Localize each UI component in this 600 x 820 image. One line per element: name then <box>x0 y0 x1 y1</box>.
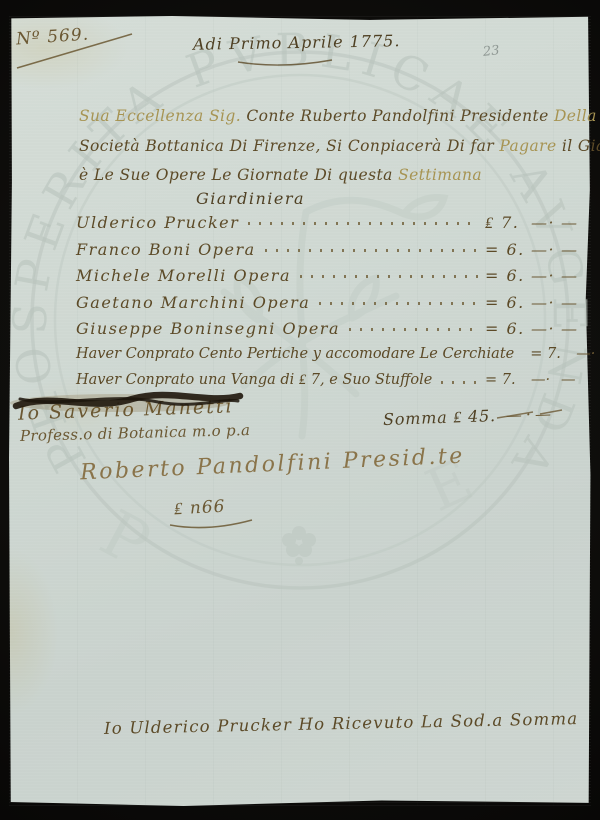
amount-lire: = 6. <box>485 266 531 285</box>
ledger-row-label: Haver Conprato Cento Pertiche y accomoda… <box>76 346 514 362</box>
dotted-leader <box>248 222 478 225</box>
sum-label: Somma ₤ 45. <box>383 406 497 429</box>
ledger-row-label: Gaetano Marchini Opera <box>76 293 310 312</box>
amount-soldi: —· <box>531 240 561 259</box>
body-text: Settimana <box>398 166 482 184</box>
body-line: Società Bottanica Di Firenze, Si Conpiac… <box>79 132 551 162</box>
amount-lire: = 6. <box>485 319 531 338</box>
amount-soldi: —· <box>531 319 561 338</box>
body-text: Sua Eccellenza Sig. <box>79 107 246 125</box>
ledger-row: Giuseppe Boninsegni Opera = 6. —· — <box>76 319 577 336</box>
amount-denari: — <box>561 293 577 312</box>
ledger-row: Haver Conprato una Vanga di ₤ 7, e Suo S… <box>76 372 577 389</box>
amount-soldi: —· <box>531 213 561 232</box>
ledger-row: Gaetano Marchini Opera = 6. —· — <box>76 293 577 310</box>
body-text: Della <box>554 107 597 125</box>
amount-denari: — <box>561 319 577 338</box>
section-heading: Giardiniera <box>196 189 305 208</box>
dotted-leader <box>319 302 478 305</box>
ledger-row: Haver Conprato Cento Pertiche y accomoda… <box>76 346 577 363</box>
amount-lire: = 6. <box>485 293 531 312</box>
amount-lire: = 7. <box>485 372 531 388</box>
ledger-row: Franco Boni Opera = 6. —· — <box>76 240 577 257</box>
body-text: Società Bottanica Di Firenze, Si Conpiac… <box>79 137 499 155</box>
body-text: Pagare <box>499 137 561 155</box>
dotted-leader <box>265 249 478 252</box>
amount-soldi: —· <box>531 372 561 388</box>
dotted-leader <box>300 275 478 278</box>
amount-soldi: —· <box>531 266 561 285</box>
watermark-letter-p: P <box>88 497 161 583</box>
page-number-pencil: 23 <box>482 43 500 60</box>
ledger-row-label: Michele Morelli Opera <box>76 266 291 285</box>
body-text: è Le Sue Opere Le Giornate Di questa <box>79 166 398 184</box>
body-paragraph: Sua Eccellenza Sig. Conte Ruberto Pandol… <box>79 102 551 191</box>
body-line: Sua Eccellenza Sig. Conte Ruberto Pandol… <box>79 102 551 132</box>
amount-lire: = 6. <box>485 240 531 259</box>
docket-number: ₤ n66 <box>174 497 226 520</box>
amount-soldi: —· <box>531 293 561 312</box>
amount-lire: ₤ 7. <box>485 213 531 233</box>
sum-tail-dashes: —·— <box>506 404 556 425</box>
body-text: Conte Ruberto Pandolfini Presidente <box>246 107 554 125</box>
body-line: è Le Sue Opere Le Giornate Di questa Set… <box>79 161 551 191</box>
ledger-row: Michele Morelli Opera = 6. —· — <box>76 266 577 283</box>
body-text: il Giard.o <box>562 137 600 155</box>
amount-denari: — <box>561 372 577 388</box>
ledger-row: Ulderico Prucker ₤ 7. —· — <box>76 213 577 230</box>
dotted-leader <box>441 381 478 384</box>
date-line: Adi Primo Aprile 1775. <box>193 31 401 54</box>
amount-denari: — <box>561 266 577 285</box>
amount-lire: = 7. <box>530 346 576 362</box>
amount-denari: — <box>561 213 577 232</box>
photo-backdrop: PROSPERITA PVBLICAE AVGENDAE P E Nº 569.… <box>0 0 600 820</box>
watermark-rosette-icon <box>282 526 316 565</box>
ledger-row-label: Ulderico Prucker <box>76 213 239 232</box>
ledger-entries: Ulderico Prucker ₤ 7. —· — Franco Boni O… <box>76 213 577 389</box>
ledger-row-label: Haver Conprato una Vanga di ₤ 7, e Suo S… <box>76 372 432 389</box>
ledger-row-label: Franco Boni Opera <box>76 240 256 259</box>
amount-soldi: —· <box>576 346 600 362</box>
dotted-leader <box>349 328 478 331</box>
amount-denari: — <box>561 240 577 259</box>
ledger-row-label: Giuseppe Boninsegni Opera <box>76 319 340 338</box>
